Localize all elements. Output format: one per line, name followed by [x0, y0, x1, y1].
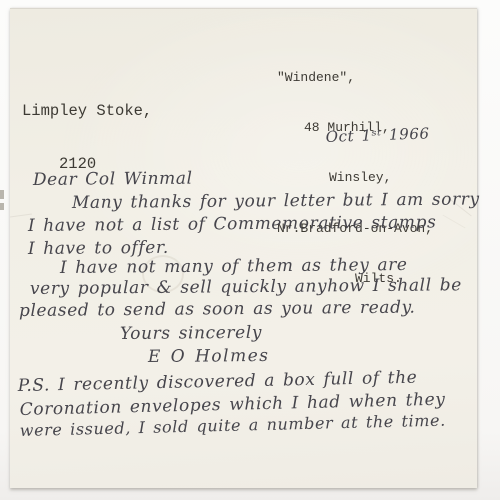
- body-line: I have to offer.: [28, 238, 169, 259]
- closing: Yours sincerely: [120, 323, 262, 344]
- body-line: pleased to send as soon as you are ready…: [19, 298, 416, 321]
- photo-edge-artifact: [0, 203, 4, 210]
- letter-paper: Limpley Stoke, 2120 "Windene", 48 Murhil…: [10, 8, 477, 488]
- body-line: Many thanks for your letter but I am sor…: [72, 189, 480, 213]
- letter-date: Oct 1ˢᵗ 1966: [325, 124, 430, 146]
- phone-exchange: Limpley Stoke,: [22, 103, 152, 121]
- address-line: Winsley,: [277, 170, 433, 187]
- address-line: "Windene",: [277, 70, 433, 87]
- salutation: Dear Col Winmal: [33, 169, 193, 190]
- paper-crease: [442, 215, 465, 229]
- body-line: I have not a list of Commemorative stamp…: [28, 212, 437, 236]
- body-line: very popular & sell quickly anyhow I sha…: [30, 275, 462, 299]
- signature: E O Holmes: [148, 346, 270, 367]
- photo-edge-artifact: [0, 190, 4, 199]
- body-line: I have not many of them as they are: [60, 255, 408, 278]
- letter-photo: Limpley Stoke, 2120 "Windene", 48 Murhil…: [0, 0, 500, 500]
